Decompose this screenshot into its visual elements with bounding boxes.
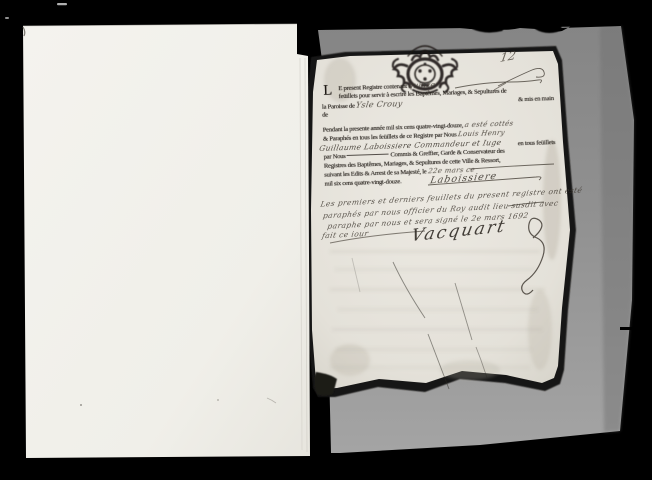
printed-text: mil six cens quatre-vingt-douze. [324,178,401,188]
archival-scan-viewport: 12 L E present Registre contenant quinze… [0,0,652,480]
register-title-page-text: 12 L E present Registre contenant quinze… [314,40,576,408]
handwritten-line: fait ce iour [321,229,369,241]
printed-text: de [322,112,328,119]
backing-board-right-shade [600,26,634,432]
printed-text: la Paroisse de [322,103,355,111]
printed-dropcap: L [323,83,332,97]
printed-line: de [322,112,328,119]
printed-line: mil six cens quatre-vingt-douze. [324,178,401,188]
blank-rule-line [347,154,389,157]
manuscript-insert: a esté cottés [464,120,514,129]
folio-number: 12 [499,48,517,65]
printed-text: suivant les Edits & Arrest de sa Majesté… [324,168,427,178]
manuscript-parish-name: Ysle Crouy [355,100,403,109]
handwritten-text: fait ce iour [321,229,369,241]
printed-text: par Nous [324,153,346,161]
background-specks [5,3,67,19]
board-edge-mark [620,327,633,330]
left-blank-page [23,24,310,458]
printed-text: & mis en main [518,95,554,103]
manuscript-insert: quinze [408,81,436,89]
